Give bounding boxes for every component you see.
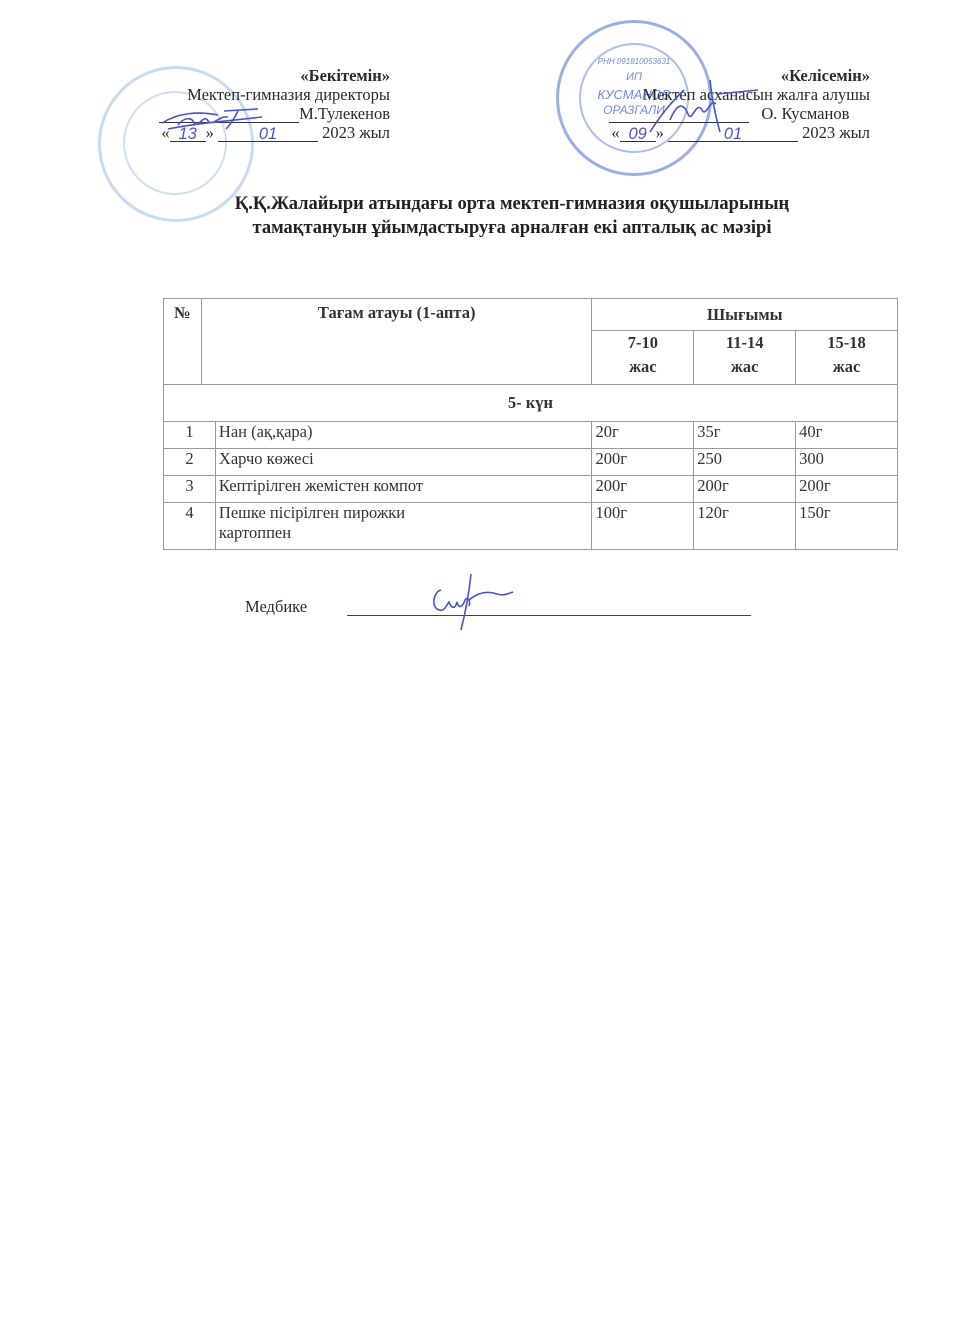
dish-name: Нан (ақ,қара)	[215, 422, 592, 449]
dish-name: Харчо көжесі	[215, 449, 592, 476]
date-year: 2023 жыл	[802, 123, 870, 142]
header-age-11-14: 11-14жас	[694, 331, 796, 385]
table-row: 1 Нан (ақ,қара) 20г 35г 40г	[164, 422, 898, 449]
header-number: №	[164, 299, 202, 385]
header-age-7-10: 7-10жас	[592, 331, 694, 385]
header-output: Шығымы	[592, 299, 898, 331]
date-year: 2023 жыл	[322, 123, 390, 142]
header-dish: Тағам атауы (1-апта)	[201, 299, 592, 385]
title-line-1: Қ.Қ.Жалайыри атындағы орта мектеп-гимназ…	[0, 192, 974, 216]
director-signature	[158, 103, 268, 135]
day-label: 5- күн	[164, 385, 898, 422]
nurse-signature-line	[347, 614, 751, 616]
nurse-signature	[425, 570, 515, 632]
dish-name: Кептірілген жемістен компот	[215, 476, 592, 503]
title-line-2: тамақтануын ұйымдастыруға арналған екі а…	[0, 216, 974, 240]
table-header-row: № Тағам атауы (1-апта) Шығымы	[164, 299, 898, 331]
menu-table: № Тағам атауы (1-апта) Шығымы 7-10жас 11…	[163, 298, 898, 550]
table-row: 2 Харчо көжесі 200г 250 300	[164, 449, 898, 476]
approval-position: Мектеп-гимназия директоры	[140, 85, 390, 104]
approval-heading: «Бекітемін»	[140, 66, 390, 85]
dish-name: Пешке пісірілген пирожки картоппен	[215, 503, 592, 550]
header-age-15-18: 15-18жас	[796, 331, 898, 385]
approval-name: О. Кусманов	[761, 104, 849, 123]
document-title: Қ.Қ.Жалайыри атындағы орта мектеп-гимназ…	[0, 192, 974, 240]
table-row: 4 Пешке пісірілген пирожки картоппен 100…	[164, 503, 898, 550]
day-row: 5- күн	[164, 385, 898, 422]
table-row: 3 Кептірілген жемістен компот 200г 200г …	[164, 476, 898, 503]
approval-name: М.Тулекенов	[299, 104, 390, 123]
tenant-signature	[640, 70, 760, 140]
nurse-label: Медбике	[245, 597, 307, 617]
